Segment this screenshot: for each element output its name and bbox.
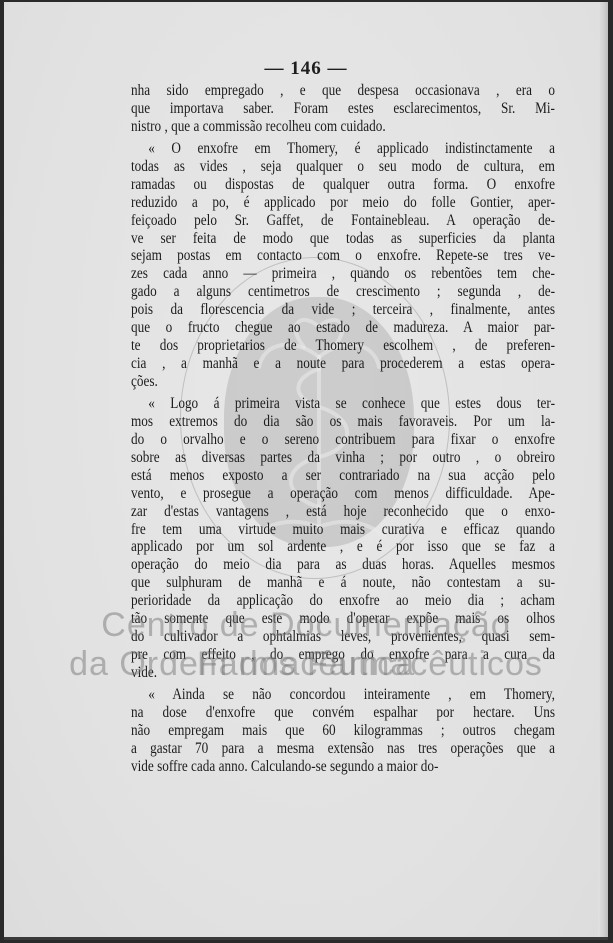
text-line: « Ainda se não concordou inteiramente , … <box>131 686 555 704</box>
text-line: « Logo á primeira vista se conhece que e… <box>131 395 555 413</box>
text-line: está menos exposto a ser contrariado na … <box>131 467 555 485</box>
text-line: ramadas ou dispostas de qualquer outra f… <box>131 176 555 194</box>
scanned-page: — 146 — nha sido empregado , e que despe… <box>4 2 608 940</box>
text-line: sobre as diversas partes da vinha ; por … <box>131 449 555 467</box>
text-line: que sulphuram de manhã e á noute, não co… <box>131 574 555 592</box>
text-line: tão somente que este modo d'operar expõe… <box>131 610 555 628</box>
text-line: zar d'estas vantagens , está hoje reconh… <box>131 503 555 521</box>
text-line: ções. <box>131 373 555 391</box>
text-line: vento, e prosegue a operação com menos d… <box>131 485 555 503</box>
text-line: a gastar 70 para a mesma extensão nas tr… <box>131 740 555 758</box>
text-line: perioridade da applicação do enxofre ao … <box>131 592 555 610</box>
text-line: gado a alguns centimetros de crescimento… <box>131 283 555 301</box>
text-line: ve ser feita de modo que todas as superf… <box>131 230 555 248</box>
text-line: todas as vides , seja qualquer o seu mod… <box>131 158 555 176</box>
text-line: reduzido a po, é applicado por meio do f… <box>131 194 555 212</box>
page-bottom-edge <box>4 937 608 940</box>
text-line: sejam postas em contacto com o enxofre. … <box>131 247 555 265</box>
text-line: que o fructo chegue ao estado de madurez… <box>131 319 555 337</box>
page-edge <box>598 2 608 940</box>
text-line: mos extremos do dia são os mais favorave… <box>131 413 555 431</box>
page-number: — 146 — <box>4 58 608 80</box>
text-line: fre tem uma virtude muito mais curativa … <box>131 521 555 539</box>
text-line: na dose d'enxofre que convém espalhar po… <box>131 704 555 722</box>
text-line: « O enxofre em Thomery, é applicado indi… <box>131 140 555 158</box>
text-line: cia , a manhã e a noute para procederem … <box>131 355 555 373</box>
text-line: nha sido empregado , e que despesa occas… <box>131 82 555 100</box>
body-text: nha sido empregado , e que despesa occas… <box>131 82 555 776</box>
text-line: pre com effeito , do emprego do enxofre … <box>131 646 555 664</box>
text-line: applicado por um sol ardente , e é por i… <box>131 538 555 556</box>
text-line: operação do meio dia para as duas horas.… <box>131 556 555 574</box>
text-line: zes cada anno — primeira , quando os reb… <box>131 265 555 283</box>
text-line: te dos proprietarios de Thomery escolhem… <box>131 337 555 355</box>
paragraph: « Logo á primeira vista se conhece que e… <box>131 395 555 682</box>
text-line: não empregam mais que 60 kilogrammas ; o… <box>131 722 555 740</box>
text-line: do o orvalho e o sereno contribuem para … <box>131 431 555 449</box>
paragraph: nha sido empregado , e que despesa occas… <box>131 82 555 136</box>
text-line: que importava saber. Foram estes esclare… <box>131 100 555 118</box>
text-line: nistro , que a commissão recolheu com cu… <box>131 118 555 136</box>
text-line: vide. <box>131 664 555 682</box>
text-line: vide soffre cada anno. Calculando-se seg… <box>131 758 555 776</box>
text-line: do cultivador a ophtalmias leves, proven… <box>131 628 555 646</box>
text-line: pois da florescencia da vide ; terceira … <box>131 301 555 319</box>
text-line: feiçoado pelo Sr. Gaffet, de Fontaineble… <box>131 212 555 230</box>
paragraph: « O enxofre em Thomery, é applicado indi… <box>131 140 555 391</box>
paragraph: « Ainda se não concordou inteiramente , … <box>131 686 555 776</box>
